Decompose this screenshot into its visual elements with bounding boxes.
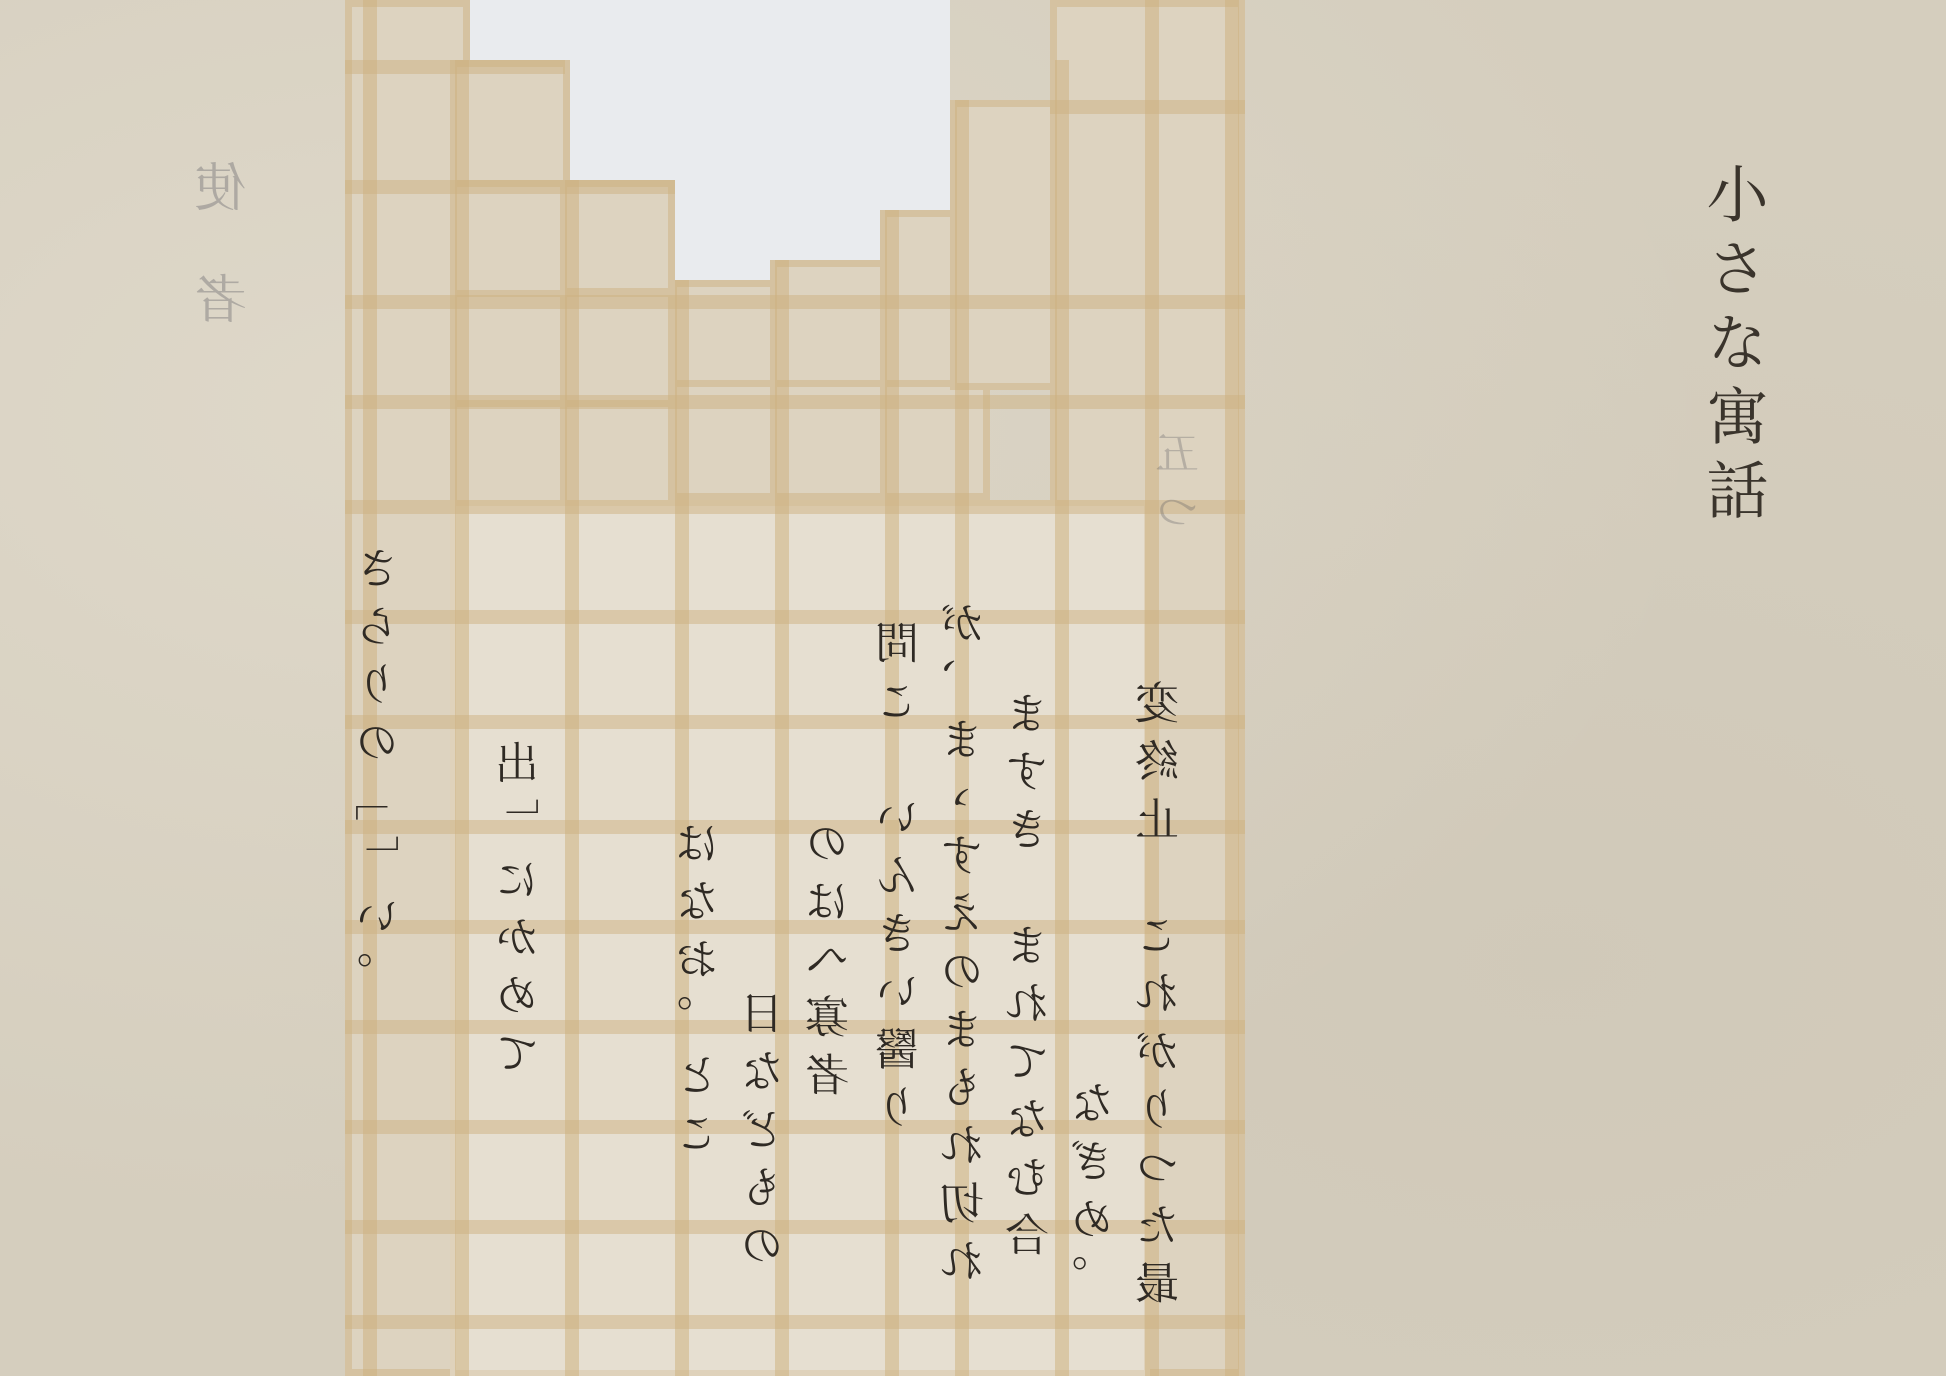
text-column: ますき まれてなむ合 — [1010, 690, 1054, 1270]
tape-strip — [345, 295, 1245, 309]
text-column: が、まゝすえのまもれ切れ — [945, 600, 989, 1296]
tape-strip — [565, 180, 579, 1376]
ghost-text-column: 五つ — [1160, 430, 1204, 546]
text-column: さらりの「」い。 — [360, 545, 404, 1009]
text-column: 出」にかめて — [500, 740, 544, 1088]
tape-strip — [345, 500, 1245, 514]
text-column: のはへ寡者 — [810, 820, 854, 1110]
text-column: はなお。とこ — [680, 820, 724, 1168]
tape-strip — [345, 1315, 1245, 1329]
tape-strip — [345, 1020, 1245, 1034]
tape-strip — [1225, 0, 1239, 1376]
tape-strip — [345, 610, 1245, 624]
text-column: なぎめ。 — [1075, 1080, 1119, 1312]
tape-strip — [345, 395, 1245, 409]
tape-strip — [345, 920, 1245, 934]
tape-strip — [345, 820, 1245, 834]
faint-mirrored-characters: 使者 — [188, 160, 263, 384]
artwork-title: 小さな寓話 — [1688, 162, 1777, 532]
tape-strip — [345, 180, 675, 194]
text-column: 変終止 これがりつた最 — [1140, 680, 1184, 1318]
tape-strip — [345, 715, 1245, 729]
tape-strip — [1050, 100, 1245, 114]
tape-strip — [345, 60, 565, 74]
text-column: 問こ いんきい醫り — [880, 620, 924, 1142]
text-column: 日などもの — [745, 990, 789, 1280]
